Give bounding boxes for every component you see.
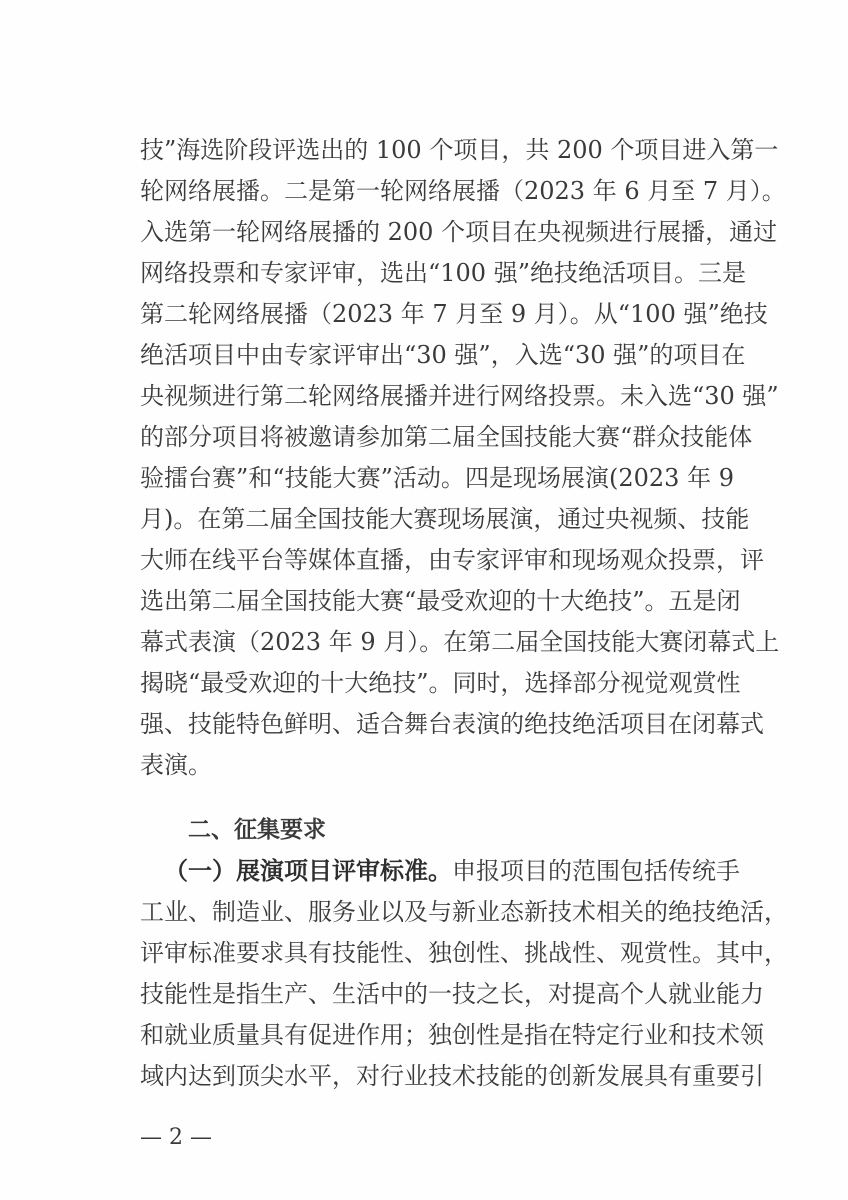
body-text-line: 的部分项目将被邀请参加第二届全国技能大赛“群众技能体	[140, 422, 734, 452]
body-text-line: 入选第一轮网络展播的 200 个项目在央视频进行展播，通过	[140, 217, 734, 247]
body-text-line: 网络投票和专家评审，选出“100 强”绝技绝活项目。三是	[140, 258, 734, 288]
body-text-line: 评审标准要求具有技能性、独创性、挑战性、观赏性。其中，	[140, 938, 734, 968]
body-text-line: 揭晓“最受欢迎的十大绝技”。同时，选择部分视觉观赏性	[140, 668, 734, 698]
body-text-line: 月)。在第二届全国技能大赛现场展演，通过央视频、技能	[140, 504, 734, 534]
body-text-line: 域内达到顶尖水平，对行业技术技能的创新发展具有重要引	[140, 1061, 734, 1091]
body-text-line: 第二轮网络展播（2023 年 7 月至 9 月）。从“100 强”绝技	[140, 299, 734, 329]
page-number: — 2 —	[140, 1124, 212, 1152]
body-text-line: 技”海选阶段评选出的 100 个项目，共 200 个项目进入第一	[140, 135, 734, 165]
body-text-line: 工业、制造业、服务业以及与新业态新技术相关的绝技绝活，	[140, 897, 734, 927]
body-text-line: 表演。	[140, 750, 734, 780]
subsection-title: （一）展演项目评审标准。	[164, 856, 452, 885]
section-heading: 二、征集要求	[188, 815, 326, 845]
body-text-line: 和就业质量具有促进作用；独创性是指在特定行业和技术领	[140, 1020, 734, 1050]
subsection-first-line: （一）展演项目评审标准。申报项目的范围包括传统手	[164, 856, 734, 886]
document-page: 技”海选阶段评选出的 100 个项目，共 200 个项目进入第一 轮网络展播。二…	[0, 0, 848, 1200]
body-text-line: 强、技能特色鲜明、适合舞台表演的绝技绝活项目在闭幕式	[140, 709, 734, 739]
body-text-line: 选出第二届全国技能大赛“最受欢迎的十大绝技”。五是闭	[140, 586, 734, 616]
body-text-line: 轮网络展播。二是第一轮网络展播（2023 年 6 月至 7 月）。	[140, 176, 734, 206]
body-text-line: 技能性是指生产、生活中的一技之长，对提高个人就业能力	[140, 979, 734, 1009]
body-text-line: 绝活项目中由专家评审出“30 强”，入选“30 强”的项目在	[140, 340, 734, 370]
body-text-line: 幕式表演（2023 年 9 月）。在第二届全国技能大赛闭幕式上	[140, 627, 734, 657]
subsection-text: 申报项目的范围包括传统手	[452, 857, 740, 885]
body-text-line: 验擂台赛”和“技能大赛”活动。四是现场展演(2023 年 9	[140, 463, 734, 493]
body-text-line: 大师在线平台等媒体直播，由专家评审和现场观众投票，评	[140, 545, 734, 575]
body-text-line: 央视频进行第二轮网络展播并进行网络投票。未入选“30 强”	[140, 381, 734, 411]
